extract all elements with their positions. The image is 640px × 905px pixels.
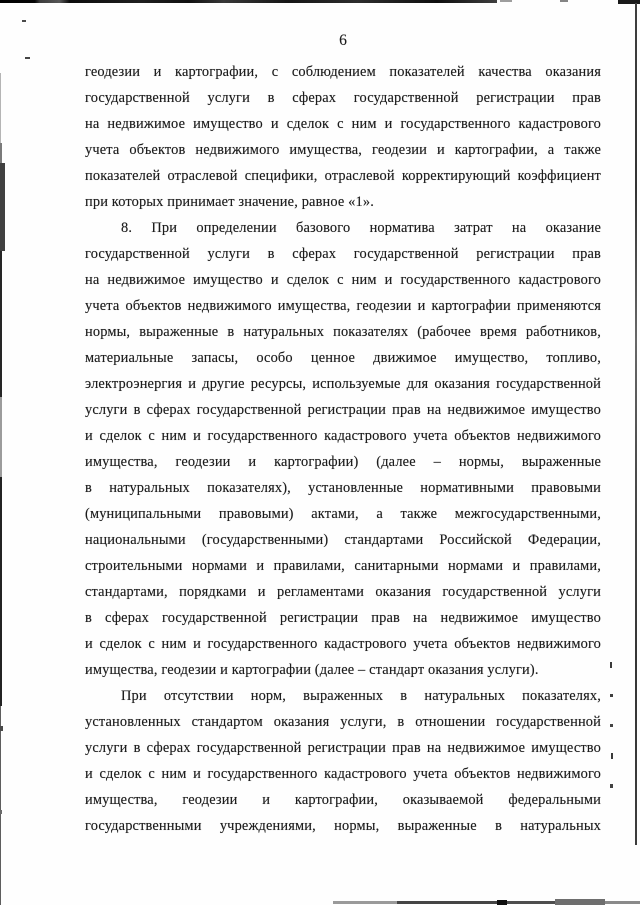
- text-line: материальные запасы, особо ценное движим…: [85, 345, 601, 371]
- scan-edge-top: [0, 0, 497, 3]
- scan-speck: [22, 20, 26, 22]
- scan-speck: [610, 724, 613, 727]
- text-line: установленных стандартом оказания услуги…: [85, 709, 601, 735]
- text-line: услуги в сферах государственной регистра…: [85, 735, 601, 761]
- scan-edge-bottom: [497, 900, 507, 905]
- scan-edge-bottom: [507, 901, 555, 904]
- scan-speck: [610, 784, 613, 788]
- scan-speck: [25, 57, 30, 59]
- text-line: государственными учреждениями, нормы, вы…: [85, 813, 601, 839]
- text-line-paragraph-end: имущества, геодезии и картографии (далее…: [85, 657, 601, 683]
- document-body: геодезии и картографии, с соблюдением по…: [85, 59, 601, 839]
- page-number: 6: [85, 31, 601, 51]
- text-line: учета объектов недвижимого имущества, ге…: [85, 293, 601, 319]
- scan-speck: [611, 753, 613, 759]
- scan-speck: [0, 726, 3, 731]
- scan-edge-left: [0, 251, 2, 397]
- text-line: и сделок с ним и государственного кадаст…: [85, 761, 601, 787]
- text-line: и сделок с ним и государственного кадаст…: [85, 423, 601, 449]
- text-line: национальными (государственными) стандар…: [85, 527, 601, 553]
- text-line-paragraph-8-start: 8. При определении базового норматива за…: [85, 215, 601, 241]
- text-line: и сделок с ним и государственного кадаст…: [85, 631, 601, 657]
- text-line: (муниципальными правовыми) актами, а так…: [85, 501, 601, 527]
- text-line: в сферах государственной регистрации пра…: [85, 605, 601, 631]
- text-line: при которых принимает значение, равное «…: [85, 189, 601, 215]
- scan-edge-bottom: [555, 899, 605, 905]
- text-line: строительными нормами и правилами, санит…: [85, 553, 601, 579]
- scan-speck: [0, 810, 2, 814]
- text-line: имущества, геодезии и картографии) (дале…: [85, 449, 601, 475]
- scan-edge-left: [0, 143, 2, 163]
- scan-edge-left: [0, 163, 5, 251]
- text-line: на недвижимое имущество и сделок с ним и…: [85, 267, 601, 293]
- scan-edge-left: [0, 397, 2, 477]
- scan-tick-top: [560, 0, 568, 2]
- text-line: показателей отраслевой специфики, отрасл…: [85, 163, 601, 189]
- text-line: на недвижимое имущество и сделок с ним и…: [85, 111, 601, 137]
- text-line: государственной услуги в сферах государс…: [85, 85, 601, 111]
- scan-edge-bottom: [333, 901, 397, 904]
- scan-edge-left: [0, 477, 2, 706]
- scan-tick-top: [500, 0, 512, 2]
- scan-edge-bottom: [605, 901, 640, 904]
- scan-edge-left: [0, 706, 1, 905]
- text-line: стандартами, порядками и регламентами ок…: [85, 579, 601, 605]
- text-line: услуги в сферах государственной регистра…: [85, 397, 601, 423]
- scan-speck: [610, 662, 612, 668]
- scan-edge-bottom: [397, 901, 497, 904]
- scan-edge-right: [635, 3, 637, 845]
- text-line: учета объектов недвижимого имущества, ге…: [85, 137, 601, 163]
- text-line: государственной услуги в сферах государс…: [85, 241, 601, 267]
- text-line: имущества, геодезии и картографии, оказы…: [85, 787, 601, 813]
- text-line-paragraph-start: При отсутствии норм, выраженных в натура…: [85, 683, 601, 709]
- text-line: геодезии и картографии, с соблюдением по…: [85, 59, 601, 85]
- scanned-document-page: 6 геодезии и картографии, с соблюдением …: [0, 0, 640, 905]
- text-line: в натуральных показателях), установленны…: [85, 475, 601, 501]
- scan-speck: [610, 694, 613, 697]
- text-line: нормы, выраженные в натуральных показате…: [85, 319, 601, 345]
- text-line: электроэнергия и другие ресурсы, использ…: [85, 371, 601, 397]
